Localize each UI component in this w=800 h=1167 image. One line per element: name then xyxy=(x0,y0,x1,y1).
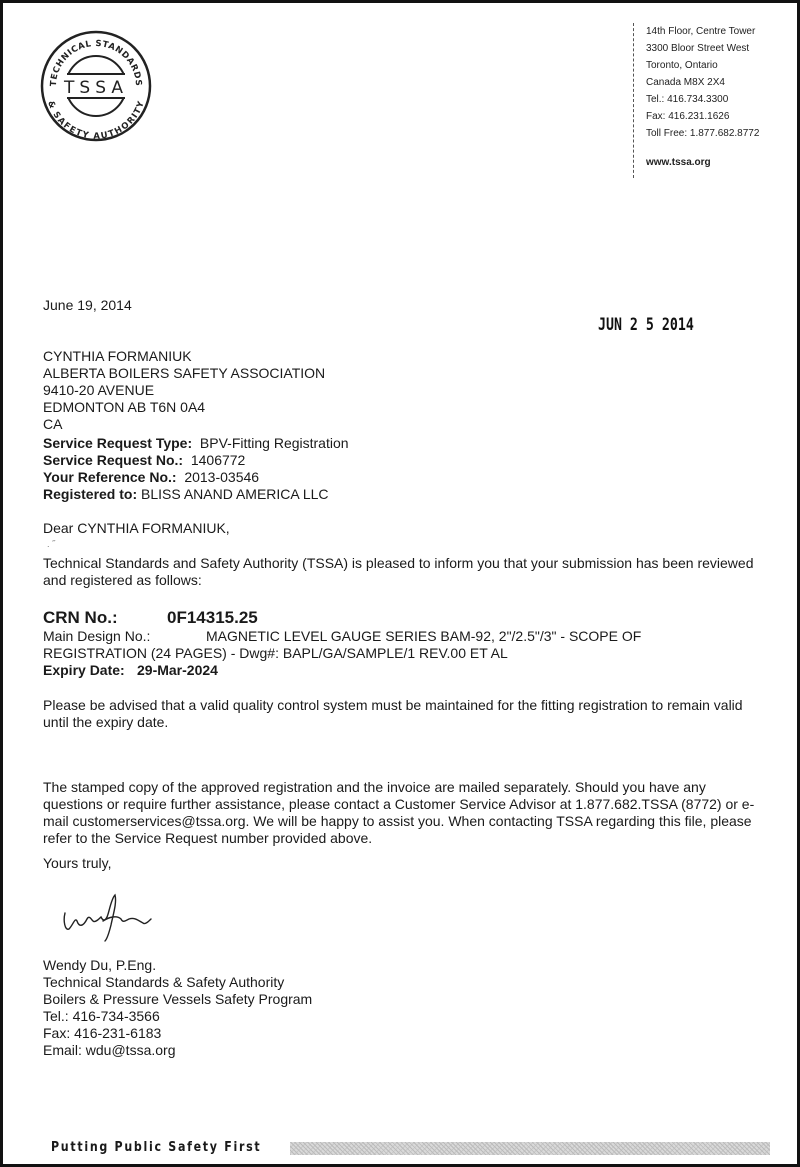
address-line: Toronto, Ontario xyxy=(646,57,759,74)
website-link[interactable]: www.tssa.org xyxy=(646,154,759,171)
recipient-address: CYNTHIA FORMANIUK ALBERTA BOILERS SAFETY… xyxy=(43,348,325,433)
signer-program: Boilers & Pressure Vessels Safety Progra… xyxy=(43,991,312,1008)
address-line: 14th Floor, Centre Tower xyxy=(646,23,759,40)
salutation: Dear CYNTHIA FORMANIUK, xyxy=(43,520,230,537)
recipient-street: 9410-20 AVENUE xyxy=(43,382,325,399)
ref-value: BPV-Fitting Registration xyxy=(200,435,349,451)
crn-label: CRN No.: xyxy=(43,608,167,628)
footer-pattern-bar xyxy=(290,1142,770,1155)
expiry-value: 29-Mar-2024 xyxy=(137,662,218,678)
signer-organization: Technical Standards & Safety Authority xyxy=(43,974,312,991)
advisory-paragraph: Please be advised that a valid quality c… xyxy=(43,697,763,731)
signer-name: Wendy Du, P.Eng. xyxy=(43,957,312,974)
handwritten-signature-icon xyxy=(59,891,169,943)
signer-email: Email: wdu@tssa.org xyxy=(43,1042,312,1059)
design-label: Main Design No.: xyxy=(43,628,206,645)
signer-fax: Fax: 416-231-6183 xyxy=(43,1025,312,1042)
service-request-type: Service Request Type: BPV-Fitting Regist… xyxy=(43,435,349,452)
design-value: MAGNETIC LEVEL GAUGE SERIES BAM-92, 2"/2… xyxy=(206,628,641,644)
svg-text:TSSA: TSSA xyxy=(63,78,128,98)
your-reference-number: Your Reference No.: 2013-03546 xyxy=(43,469,349,486)
design-line: Main Design No.:MAGNETIC LEVEL GAUGE SER… xyxy=(43,628,773,645)
crn-line: CRN No.:0F14315.25 xyxy=(43,608,773,628)
recipient-city: EDMONTON AB T6N 0A4 xyxy=(43,399,325,416)
ref-label: Your Reference No.: xyxy=(43,469,177,485)
registration-details: CRN No.:0F14315.25 Main Design No.:MAGNE… xyxy=(43,608,773,679)
ref-value: 1406772 xyxy=(191,452,246,468)
address-line: 3300 Bloor Street West xyxy=(646,40,759,57)
closing-paragraph: The stamped copy of the approved registr… xyxy=(43,779,763,847)
letter-date: June 19, 2014 xyxy=(43,297,132,314)
reference-block: Service Request Type: BPV-Fitting Regist… xyxy=(43,435,349,503)
received-date-stamp: JUN 2 5 2014 xyxy=(598,315,694,335)
address-line: Canada M8X 2X4 xyxy=(646,74,759,91)
signer-phone: Tel.: 416-734-3566 xyxy=(43,1008,312,1025)
ref-label: Service Request Type: xyxy=(43,435,192,451)
tssa-seal-icon: TSSA TECHNICAL STANDARDS & SAFETY AUTHOR… xyxy=(39,29,153,143)
address-fax: Fax: 416.231.1626 xyxy=(646,108,759,125)
expiry-label: Expiry Date: xyxy=(43,662,137,679)
svg-text:& SAFETY AUTHORITY: & SAFETY AUTHORITY xyxy=(45,99,147,141)
signer-block: Wendy Du, P.Eng. Technical Standards & S… xyxy=(43,957,312,1059)
ref-value: 2013-03546 xyxy=(184,469,259,485)
recipient-country: CA xyxy=(43,416,325,433)
recipient-name: CYNTHIA FORMANIUK xyxy=(43,348,325,365)
expiry-line: Expiry Date:29-Mar-2024 xyxy=(43,662,773,679)
address-phone: Tel.: 416.734.3300 xyxy=(646,91,759,108)
recipient-organization: ALBERTA BOILERS SAFETY ASSOCIATION xyxy=(43,365,325,382)
ref-label: Registered to: xyxy=(43,486,137,502)
intro-paragraph: Technical Standards and Safety Authority… xyxy=(43,555,763,589)
registered-to: Registered to: BLISS ANAND AMERICA LLC xyxy=(43,486,349,503)
letterhead-address: 14th Floor, Centre Tower 3300 Bloor Stre… xyxy=(633,23,759,178)
crn-value: 0F14315.25 xyxy=(167,608,258,627)
letter-page: TSSA TECHNICAL STANDARDS & SAFETY AUTHOR… xyxy=(0,0,800,1167)
design-value-continued: REGISTRATION (24 PAGES) - Dwg#: BAPL/GA/… xyxy=(43,645,773,662)
ref-value: BLISS ANAND AMERICA LLC xyxy=(141,486,329,502)
service-request-number: Service Request No.: 1406772 xyxy=(43,452,349,469)
address-toll-free: Toll Free: 1.877.682.8772 xyxy=(646,125,759,142)
footer-tagline: Putting Public Safety First xyxy=(51,1140,261,1155)
ref-label: Service Request No.: xyxy=(43,452,183,468)
scan-mark: . ˝ xyxy=(47,539,55,549)
valediction: Yours truly, xyxy=(43,855,111,872)
